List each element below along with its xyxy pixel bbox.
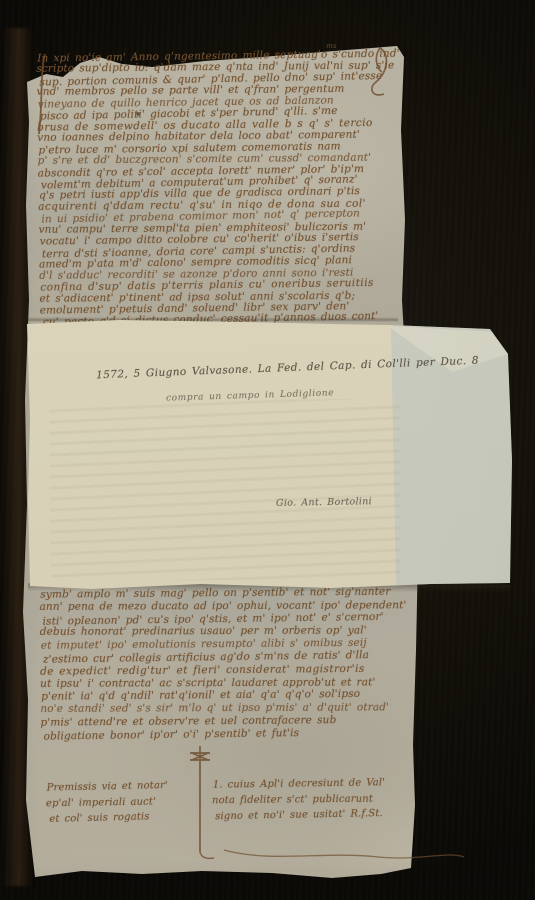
superscript-note: ms xyxy=(326,42,337,50)
signature-flourish xyxy=(222,843,468,865)
lower-text-block: symb' amplo m' suis mag' pello on p'sent… xyxy=(39,585,414,746)
archivist-signature: Gio. Ant. Bortolini xyxy=(276,496,372,509)
paraph-flourish xyxy=(360,46,392,102)
attestation-left-block: Premissis via et notar'ep'al' imperiali … xyxy=(46,777,197,827)
cover-leaf-top-seam xyxy=(28,317,398,322)
initial-stroke-flourish xyxy=(36,52,50,136)
upper-text-block: In xpi no'ie am' Anno q'ngentesimo mille… xyxy=(36,48,404,330)
attestation-right-block: 1. cuius Apl'i decresiunt de Val'nota fi… xyxy=(212,774,451,824)
manuscript-photograph: In xpi no'ie am' Anno q'ngentesimo mille… xyxy=(0,0,535,900)
manuscript-line: no'e standi' sed' s's sir' m'lo q' ut ip… xyxy=(40,701,414,715)
